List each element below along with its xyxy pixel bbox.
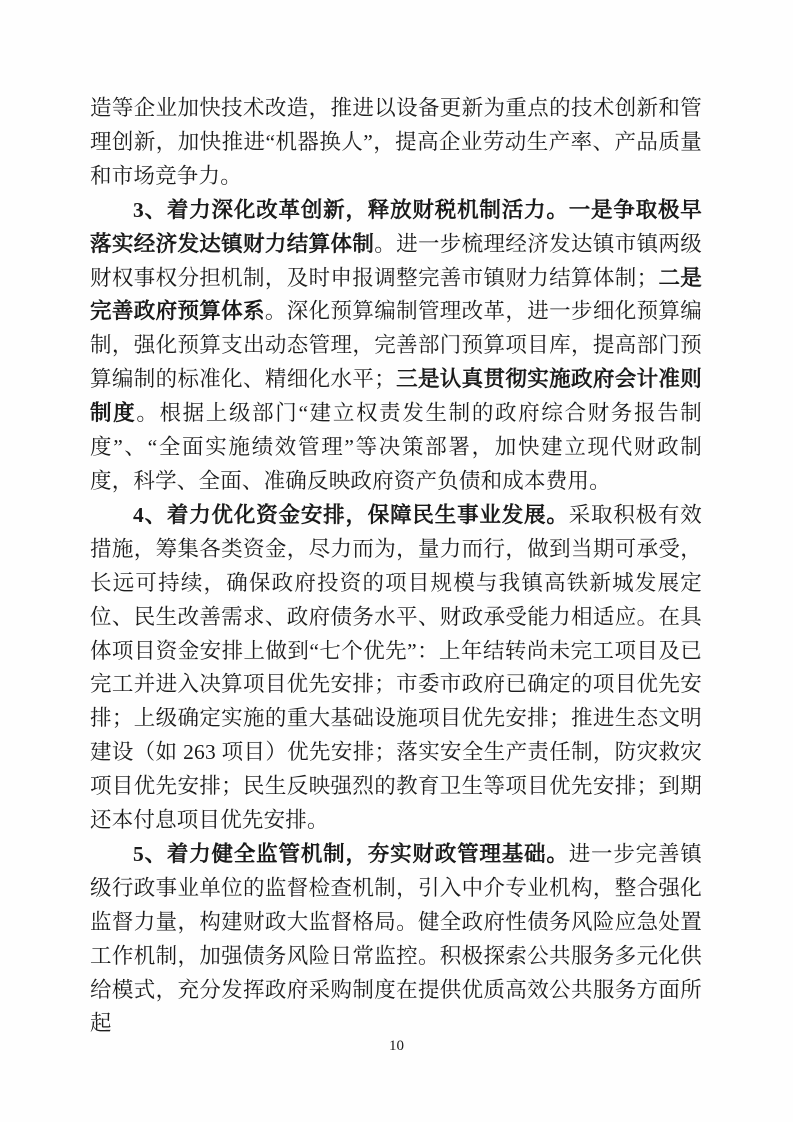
para-item-3: 3、着力深化改革创新，释放财税机制活力。一是争取极早落实经济发达镇财力结算体制。… (90, 194, 702, 499)
para-item-4: 4、着力优化资金安排，保障民生事业发展。采取积极有效措施，筹集各类资金，尽力而为… (90, 499, 702, 838)
document-page: 造等企业加快技术改造，推进以设备更新为重点的技术创新和管理创新，加快推进“机器换… (0, 0, 793, 1122)
text-run: 造等企业加快技术改造，推进以设备更新为重点的技术创新和管理创新，加快推进“机器换… (90, 96, 702, 188)
text-run: 。根据上级部门“建立权责发生制的政府综合财务报告制度”、“全面实施绩效管理”等决… (90, 401, 702, 493)
bold-text-run: 5、着力健全监管机制，夯实财政管理基础。 (133, 842, 569, 866)
text-run: 采取积极有效措施，筹集各类资金，尽力而为，量力而行，做到当期可承受，长远可持续，… (90, 503, 702, 832)
para-item-5: 5、着力健全监管机制，夯实财政管理基础。进一步完善镇级行政事业单位的监督检查机制… (90, 838, 702, 1041)
text-run: 进一步完善镇级行政事业单位的监督检查机制，引入中介专业机构，整合强化监督力量，构… (90, 842, 702, 1036)
para-continuation: 造等企业加快技术改造，推进以设备更新为重点的技术创新和管理创新，加快推进“机器换… (90, 92, 702, 194)
page-number: 10 (0, 1037, 793, 1055)
bold-text-run: 4、着力优化资金安排，保障民生事业发展。 (133, 503, 569, 527)
document-body: 造等企业加快技术改造，推进以设备更新为重点的技术创新和管理创新，加快推进“机器换… (90, 92, 702, 1041)
